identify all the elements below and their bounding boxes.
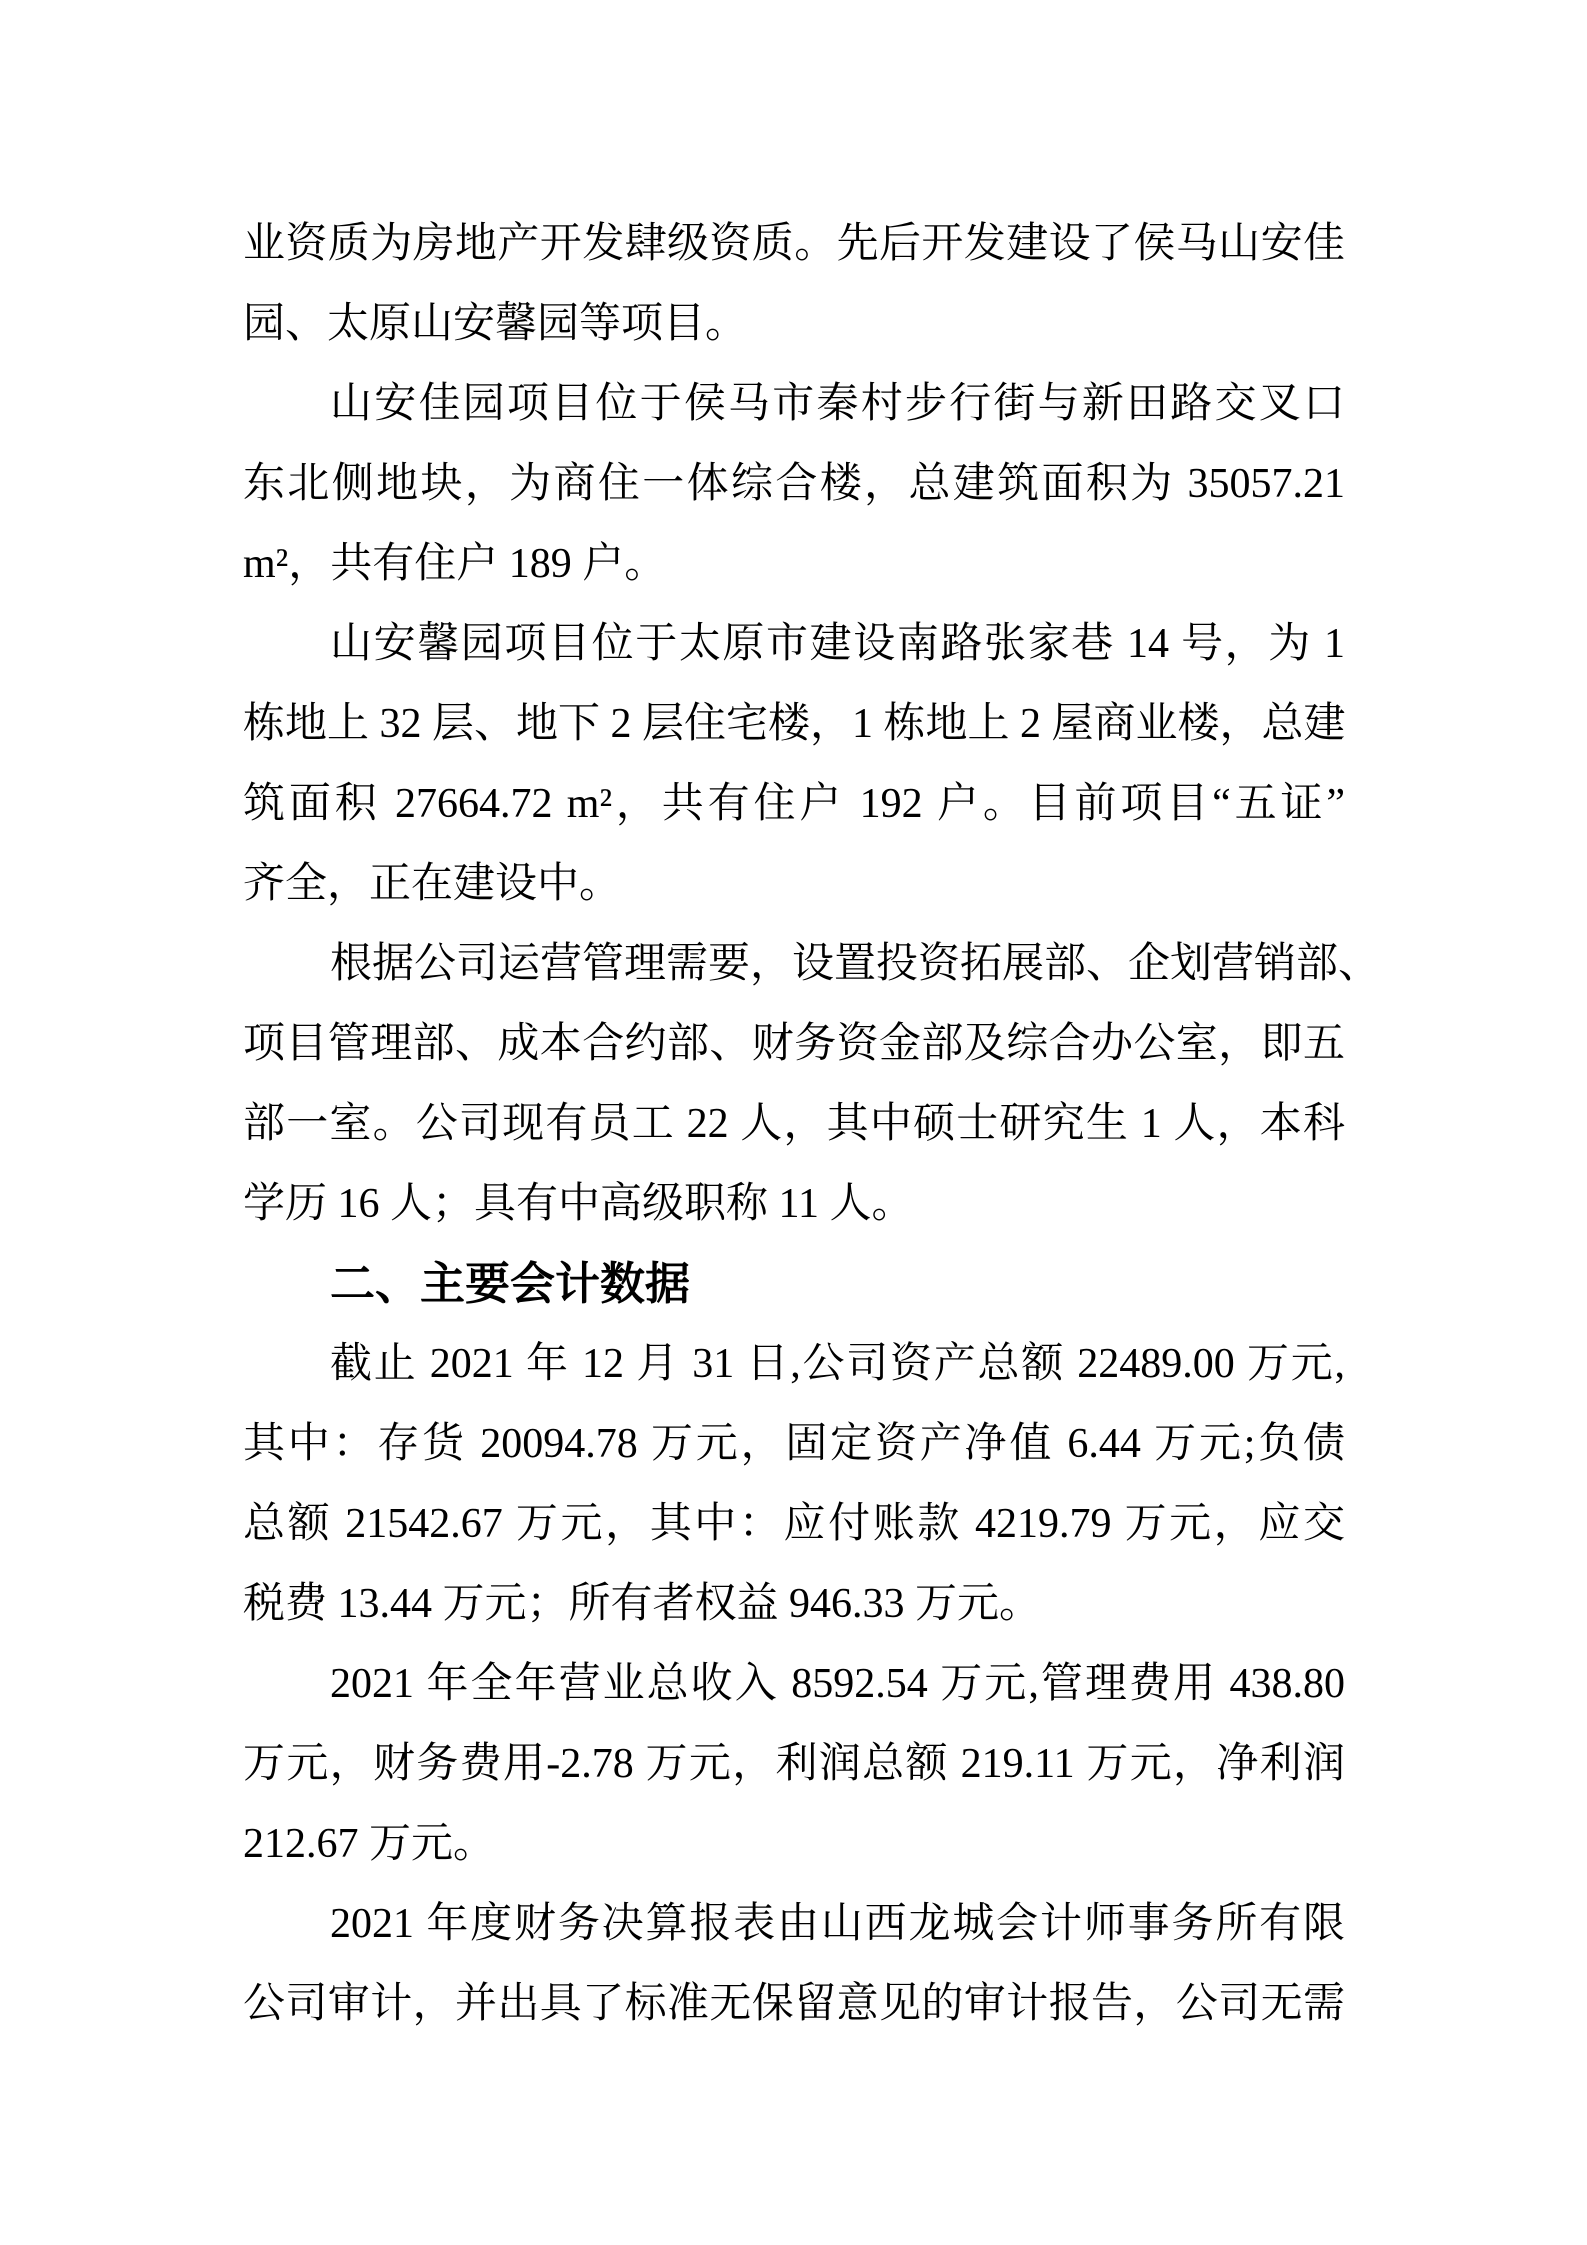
text-line: m²，共有住户 189 户。	[243, 524, 1345, 604]
text-line: 212.67 万元。	[243, 1804, 1345, 1884]
text-line: 截止 2021 年 12 月 31 日,公司资产总额 22489.00 万元,	[243, 1324, 1345, 1404]
text-line: 东北侧地块，为商住一体综合楼，总建筑面积为 35057.21	[243, 444, 1345, 524]
text-line: 根据公司运营管理需要，设置投资拓展部、企划营销部、	[243, 924, 1345, 1004]
text-line: 公司审计，并出具了标准无保留意见的审计报告，公司无需	[243, 1964, 1345, 2044]
text-line: 筑面积 27664.72 m²，共有住户 192 户。目前项目“五证”	[243, 764, 1345, 844]
text-line: 学历 16 人；具有中高级职称 11 人。	[243, 1164, 1345, 1244]
text-line: 山安佳园项目位于侯马市秦村步行街与新田路交叉口	[243, 364, 1345, 444]
text-line: 2021 年全年营业总收入 8592.54 万元,管理费用 438.80	[243, 1644, 1345, 1724]
document-text-block: 业资质为房地产开发肆级资质。先后开发建设了侯马山安佳 园、太原山安馨园等项目。 …	[243, 204, 1345, 2044]
text-line: 部一室。公司现有员工 22 人，其中硕士研究生 1 人，本科	[243, 1084, 1345, 1164]
text-line: 万元，财务费用-2.78 万元，利润总额 219.11 万元，净利润	[243, 1724, 1345, 1804]
text-line: 齐全，正在建设中。	[243, 844, 1345, 924]
text-line: 业资质为房地产开发肆级资质。先后开发建设了侯马山安佳	[243, 204, 1345, 284]
text-line: 税费 13.44 万元；所有者权益 946.33 万元。	[243, 1564, 1345, 1644]
text-line: 总额 21542.67 万元，其中：应付账款 4219.79 万元，应交	[243, 1484, 1345, 1564]
text-line: 其中：存货 20094.78 万元，固定资产净值 6.44 万元;负债	[243, 1404, 1345, 1484]
section-heading: 二、主要会计数据	[243, 1244, 1345, 1324]
text-line: 2021 年度财务决算报表由山西龙城会计师事务所有限	[243, 1884, 1345, 1964]
document-page: 业资质为房地产开发肆级资质。先后开发建设了侯马山安佳 园、太原山安馨园等项目。 …	[0, 0, 1587, 2245]
text-line: 栋地上 32 层、地下 2 层住宅楼，1 栋地上 2 屋商业楼，总建	[243, 684, 1345, 764]
text-line: 山安馨园项目位于太原市建设南路张家巷 14 号，为 1	[243, 604, 1345, 684]
text-line: 园、太原山安馨园等项目。	[243, 284, 1345, 364]
text-line: 项目管理部、成本合约部、财务资金部及综合办公室，即五	[243, 1004, 1345, 1084]
